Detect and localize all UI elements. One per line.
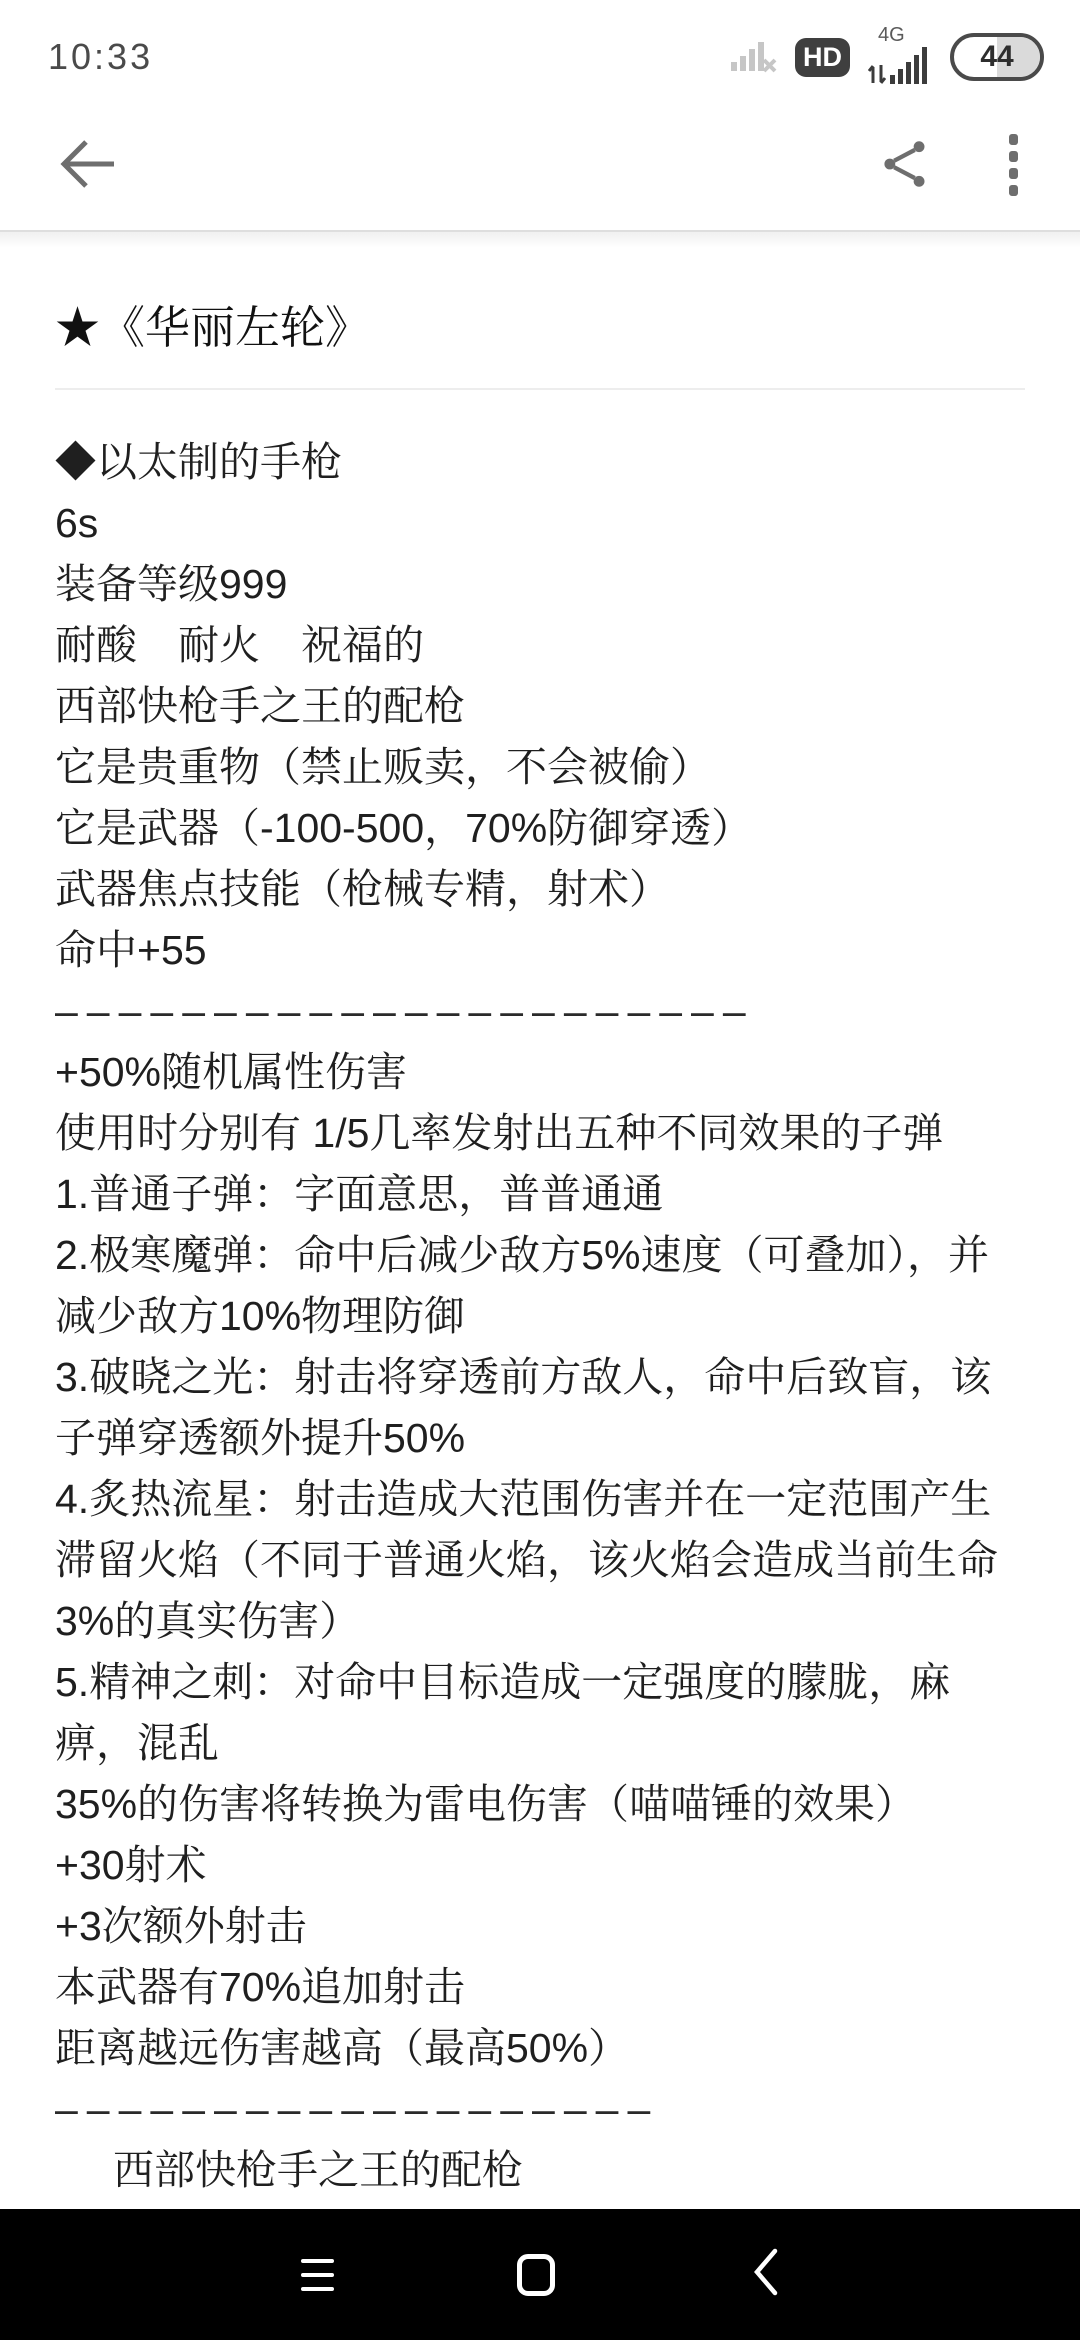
nav-home-button[interactable]: [491, 2209, 581, 2340]
content-line: 2.极寒魔弹：命中后减少敌方5%速度（可叠加），并减少敌方10%物理防御: [55, 1225, 1025, 1347]
app-bar: [0, 100, 1080, 232]
content-line: 35%的伤害将转换为雷电伤害（喵喵锤的效果）: [55, 1774, 1025, 1835]
share-button[interactable]: [879, 138, 931, 193]
separator-line: ––––––––––––––––––––––: [55, 981, 1025, 1042]
content-line: 1.普通子弹：字面意思，普普通通: [55, 1164, 1025, 1225]
content-line: 西部快枪手之王的配枪: [55, 676, 1025, 737]
item-description-body: ◆以太制的手枪6s装备等级999耐酸 耐火 祝福的西部快枪手之王的配枪它是贵重物…: [55, 432, 1025, 2201]
content-line: 6s: [55, 493, 1025, 554]
back-button[interactable]: [56, 132, 120, 199]
content-line: 装备等级999: [55, 554, 1025, 615]
android-nav-bar: [0, 2209, 1080, 2340]
signal-bars-icon: [890, 45, 932, 90]
content-line: 距离越远伤害越高（最高50%）: [55, 2018, 1025, 2079]
content-line: ◆以太制的手枪: [55, 432, 1025, 493]
chevron-left-icon: [751, 2247, 779, 2302]
nav-back-button[interactable]: [720, 2209, 810, 2340]
battery-percent-label: 44: [980, 40, 1013, 74]
flavor-line: 西部快枪手之王的配枪: [55, 2140, 1025, 2201]
data-updown-arrows-icon: [868, 59, 886, 90]
content-line: 本武器有70%追加射击: [55, 1957, 1025, 2018]
content-line: 它是武器（-100-500，70%防御穿透）: [55, 798, 1025, 859]
content-line: 4.炙热流星：射击造成大范围伤害并在一定范围产生滞留火焰（不同于普通火焰，该火焰…: [55, 1469, 1025, 1652]
home-square-icon: [517, 2254, 555, 2296]
content-line: +30射术: [55, 1835, 1025, 1896]
status-icons: HD 4G: [731, 25, 1044, 90]
title-divider: [55, 388, 1025, 390]
content-line: +50%随机属性伤害: [55, 1042, 1025, 1103]
share-icon: [879, 138, 931, 193]
content-line: +3次额外射击: [55, 1896, 1025, 1957]
content-line: 命中+55: [55, 920, 1025, 981]
item-description-page: ★《华丽左轮》 ◆以太制的手枪6s装备等级999耐酸 耐火 祝福的西部快枪手之王…: [0, 248, 1080, 2201]
nav-menu-button[interactable]: [272, 2209, 362, 2340]
item-title: ★《华丽左轮》: [55, 248, 1025, 360]
content-line: 耐酸 耐火 祝福的: [55, 615, 1025, 676]
status-bar: 10:33 HD 4G: [0, 0, 1080, 100]
clock: 10:33: [48, 36, 153, 78]
content-line: 使用时分别有 1/5几率发射出五种不同效果的子弹: [55, 1103, 1025, 1164]
more-menu-button[interactable]: [1009, 134, 1018, 196]
content-line: 5.精神之刺：对命中目标造成一定强度的朦胧，麻痹，混乱: [55, 1652, 1025, 1774]
content-line: 武器焦点技能（枪械专精，射术）: [55, 859, 1025, 920]
arrow-left-icon: [56, 132, 120, 199]
vertical-dots-icon: [1009, 134, 1018, 196]
mobile-network-indicator: 4G: [868, 25, 932, 90]
battery-indicator: 44: [950, 33, 1044, 81]
content-line: 3.破晓之光：射击将穿透前方敌人，命中后致盲，该子弹穿透额外提升50%: [55, 1347, 1025, 1469]
appbar-shadow: [0, 232, 1080, 248]
no-sim-signal-icon: [731, 34, 777, 81]
hd-voice-icon: HD: [795, 38, 850, 77]
separator-line: –––––––––––––––––––: [55, 2079, 1025, 2140]
content-line: 它是贵重物（禁止贩卖，不会被偷）: [55, 737, 1025, 798]
network-type-label: 4G: [878, 25, 905, 45]
phone-screen: 10:33 HD 4G: [0, 0, 1080, 2340]
menu-lines-icon: [301, 2259, 334, 2291]
